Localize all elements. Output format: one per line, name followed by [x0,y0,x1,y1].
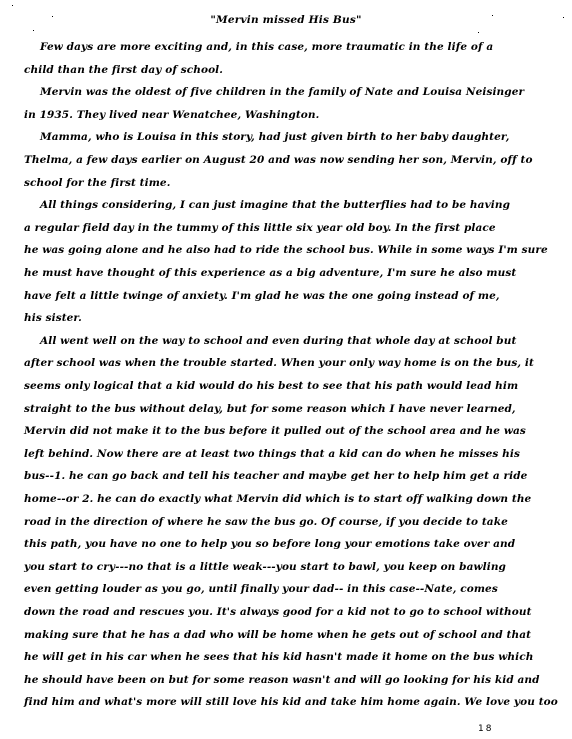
text-line: even getting louder as you go, until fin… [24,582,564,596]
text-line: road in the direction of where he saw th… [24,515,564,529]
document-page: "Mervin missed His Bus" Few days are mor… [0,0,572,739]
text-line: Mervin did not make it to the bus before… [24,424,564,438]
text-line: you start to cry---no that is a little w… [24,560,564,574]
text-line: have felt a little twinge of anxiety. I'… [24,289,564,303]
text-line: All things considering, I can just imagi… [40,198,572,212]
scan-speck [33,30,34,31]
text-line: Few days are more exciting and, in this … [40,40,572,54]
text-line: he must have thought of this experience … [24,266,564,280]
scan-speck [492,15,493,16]
text-line: seems only logical that a kid would do h… [24,379,564,393]
scan-speck [52,16,53,17]
text-line: he will get in his car when he sees that… [24,650,564,664]
text-line: All went well on the way to school and e… [40,334,572,348]
text-line: home--or 2. he can do exactly what Mervi… [24,492,564,506]
text-line: in 1935. They lived near Wenatchee, Wash… [24,108,564,122]
text-line: left behind. Now there are at least two … [24,447,564,461]
text-line: this path, you have no one to help you s… [24,537,564,551]
text-line: Mervin was the oldest of five children i… [40,85,572,99]
document-title: "Mervin missed His Bus" [0,14,572,26]
text-line: a regular field day in the tummy of this… [24,221,564,235]
text-line: child than the first day of school. [24,63,564,77]
text-line: making sure that he has a dad who will b… [24,628,564,642]
text-line: bus--1. he can go back and tell his teac… [24,469,564,483]
text-line: he should have been on but for some reas… [24,673,564,687]
text-line: down the road and rescues you. It's alwa… [24,605,564,619]
scan-speck [12,5,13,6]
text-line: straight to the bus without delay, but f… [24,402,564,416]
text-line: Thelma, a few days earlier on August 20 … [24,153,564,167]
scan-speck [478,32,479,33]
text-line: he was going alone and he also had to ri… [24,243,564,257]
page-number: 18 [478,724,493,734]
text-line: find him and what's more will still love… [24,695,564,709]
text-line: after school was when the trouble starte… [24,356,564,370]
text-line: Mamma, who is Louisa in this story, had … [40,130,572,144]
text-line: school for the first time. [24,176,564,190]
text-line: his sister. [24,311,564,325]
scan-speck [563,17,564,18]
